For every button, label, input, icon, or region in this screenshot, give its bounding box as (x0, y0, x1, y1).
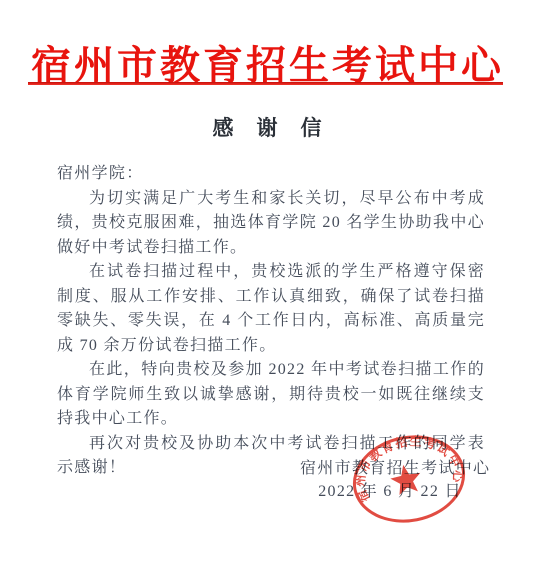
signature-date: 2022 年 6 月 22 日 (300, 480, 480, 503)
letterhead-divider-rule (28, 82, 503, 85)
paragraph: 在试卷扫描过程中，贵校选派的学生严格遵守保密制度、服从工作安排、工作认真细致，确… (57, 260, 485, 358)
thank-you-letter-document: 宿州市教育招生考试中心 感 谢 信 宿州学院： 为切实满足广大考生和家长关切，尽… (0, 0, 535, 579)
signature-block: 宿州市教育招生考试中心 2022 年 6 月 22 日 (300, 457, 480, 503)
paragraph: 为切实满足广大考生和家长关切，尽早公布中考成绩，贵校克服困难，抽选体育学院 20… (57, 187, 485, 261)
paragraph: 在此，特向贵校及参加 2022 年中考试卷扫描工作的体育学院师生致以诚挚感谢，期… (57, 358, 485, 432)
letter-body: 宿州学院： 为切实满足广大考生和家长关切，尽早公布中考成绩，贵校克服困难，抽选体… (57, 162, 485, 481)
signature-org: 宿州市教育招生考试中心 (300, 457, 480, 480)
letter-title: 感 谢 信 (0, 112, 535, 142)
salutation: 宿州学院： (57, 162, 485, 187)
